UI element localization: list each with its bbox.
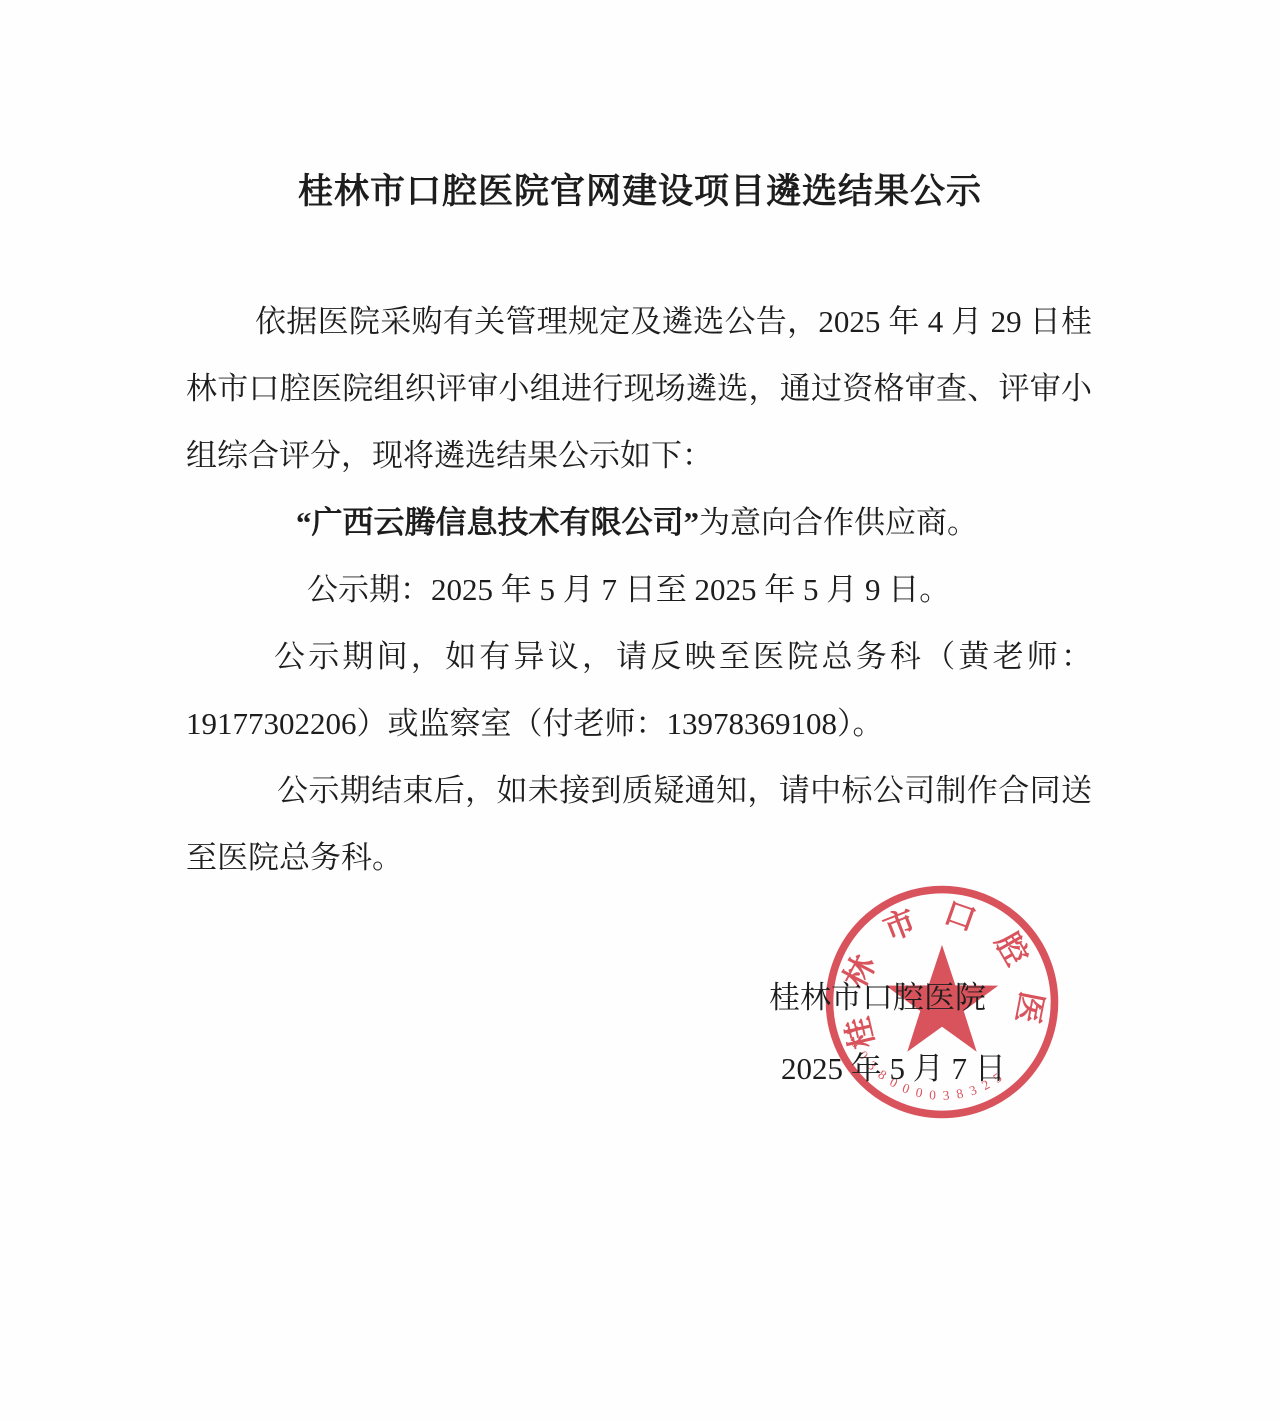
document-body: 依据医院采购有关管理规定及遴选公告，2025 年 4 月 29 日桂林市口腔医院… [186, 288, 1092, 891]
supplier-line: “广西云腾信息技术有限公司”为意向合作供应商。 [186, 489, 1092, 556]
publicity-period-line: 公示期：2025 年 5 月 7 日至 2025 年 5 月 9 日。 [186, 556, 1092, 623]
signature-org: 桂林市口腔医院 [769, 972, 986, 1017]
document-title: 桂林市口腔医院官网建设项目遴选结果公示 [0, 0, 1280, 214]
intro-paragraph: 依据医院采购有关管理规定及遴选公告，2025 年 4 月 29 日桂林市口腔医院… [186, 288, 1092, 489]
document-page: 桂林市口腔医院官网建设项目遴选结果公示 依据医院采购有关管理规定及遴选公告，20… [0, 0, 1280, 1421]
supplier-line-rest: 为意向合作供应商。 [699, 505, 978, 540]
objection-contact-line: 公示期间，如有异议，请反映至医院总务科（黄老师：19177302206）或监察室… [186, 623, 1092, 757]
supplier-company-name: “广西云腾信息技术有限公司” [296, 505, 699, 540]
signature-date: 2025 年 5 月 7 日 [781, 1043, 1006, 1088]
closing-paragraph: 公示期结束后，如未接到质疑通知，请中标公司制作合同送至医院总务科。 [186, 757, 1092, 891]
